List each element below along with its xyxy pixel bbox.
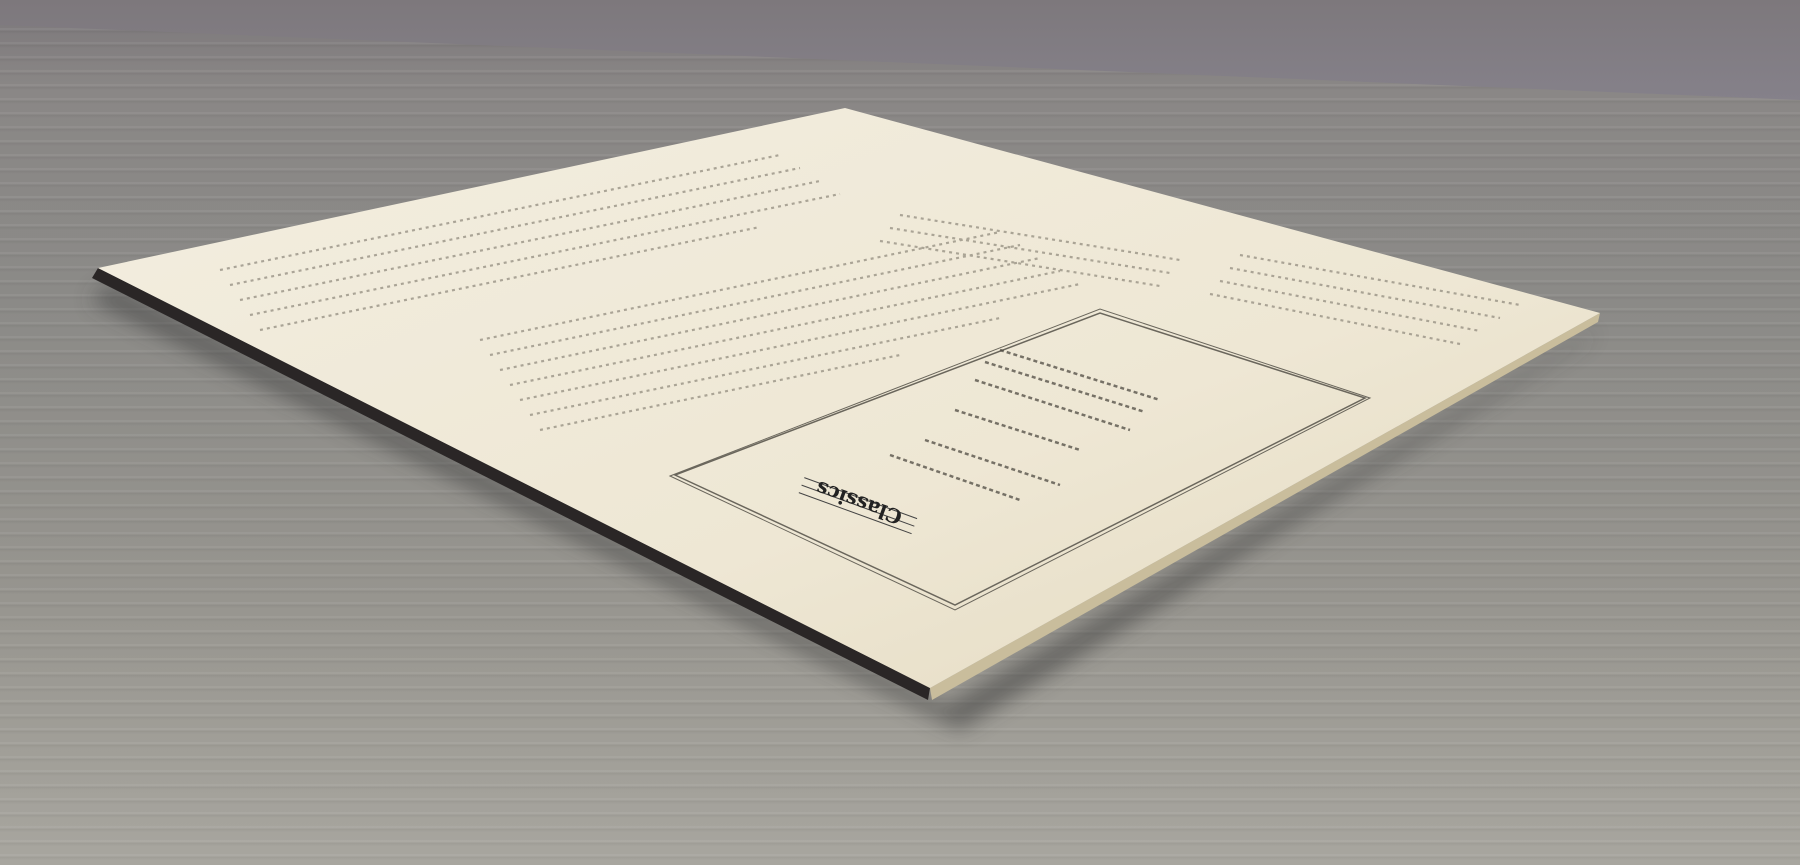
photo-scene: Classics	[0, 0, 1800, 865]
record-sleeve: Classics	[0, 0, 1800, 865]
